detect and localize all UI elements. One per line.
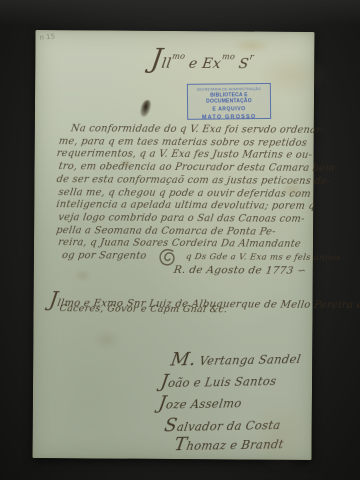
stamp-line-2: BIBLIOTECA E DOCUMENTAÇÃO	[188, 92, 270, 105]
signature: Joze Asselmo	[157, 391, 243, 414]
document-photo: n 15 Jllmo e Exmo Sr SECRETARIA DE ADMIN…	[0, 0, 360, 480]
paper: n 15 Jllmo e Exmo Sr SECRETARIA DE ADMIN…	[33, 30, 315, 460]
ink-blot	[139, 99, 152, 118]
salutation-part: e Ex	[183, 56, 222, 72]
stamp-line-4: MATO GROSSO	[188, 113, 270, 120]
stain-spot	[74, 268, 92, 282]
stamp-line-3: E ARQUIVO	[188, 105, 270, 112]
closing-date-text: R. de Agosto de 1773	[173, 264, 295, 277]
stamp-line-1: SECRETARIA DE ADMINISTRAÇÃO	[192, 86, 266, 91]
salutation-superscript: r	[249, 53, 254, 62]
archive-stamp: SECRETARIA DE ADMINISTRAÇÃO BIBLIOTECA E…	[187, 83, 271, 120]
salutation-part: S	[233, 56, 250, 72]
background-sheen	[0, 0, 360, 26]
signature: Thomaz e Brandt	[173, 432, 286, 455]
flourish-mark: ∽	[296, 265, 306, 277]
closing-date-line: R. de Agosto de 1773 ∽	[173, 264, 306, 277]
signature: João e Luis Santos	[159, 369, 278, 392]
signature: M. Vertanga Sandel	[169, 347, 302, 370]
closing-valediction: q Ds Gde a V. Exa ms e fels annos	[185, 252, 341, 263]
body-line: veja logo combrido para o Sal das Canoas…	[57, 212, 307, 226]
salutation-part: Jll	[149, 56, 172, 72]
salutation: Jllmo e Exmo Sr	[125, 44, 280, 76]
pencil-annotation: n 15	[39, 32, 55, 41]
stain-spot	[91, 328, 121, 350]
body-line: de ser esta conformaçaõ com as justas pe…	[56, 174, 308, 188]
letter-body: Na conformidade do q V. Exa foi servdo o…	[56, 123, 307, 264]
addressee-line-2: Caceres, Govor e Capm Gnal &c.	[59, 303, 228, 315]
